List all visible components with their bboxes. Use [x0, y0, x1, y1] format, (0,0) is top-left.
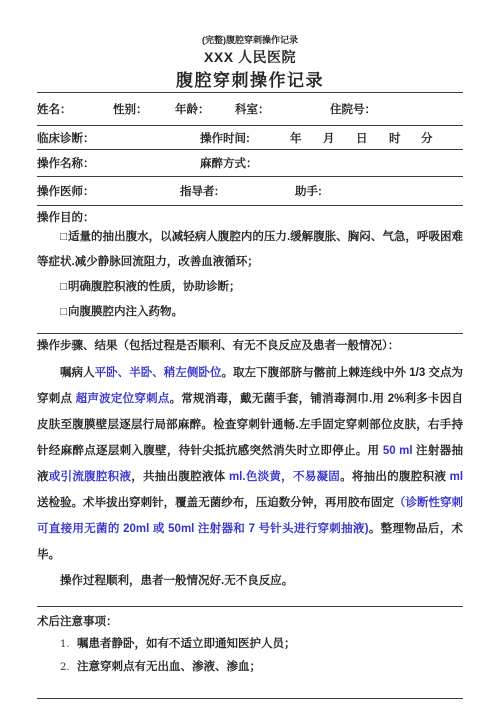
time-unit-day: 日	[356, 130, 368, 146]
info-row-diagnosis-time: 临床诊断： 操作时间: 年 月 日 时 分	[37, 126, 463, 149]
field-admission-no-label: 住院号：	[330, 101, 376, 117]
checkbox-icon: □	[60, 281, 67, 293]
purpose-item: □向腹膜腔内注入药物。	[37, 300, 463, 325]
procedure-highlight-text: ml	[450, 471, 463, 483]
aftercare-item-text: 注意穿刺点有无出血、渗液、渗血；	[77, 661, 261, 673]
aftercare-list: 1.嘱患者静卧，如有不适立即通知医护人员； 2.注意穿刺点有无出血、渗液、渗血；	[37, 633, 463, 679]
doc-kicker: (完整)腹腔穿刺操作记录	[37, 0, 463, 47]
hospital-name: XXX 人民医院	[37, 48, 463, 67]
time-unit-month: 月	[323, 130, 335, 146]
field-operator-label: 操作医师：	[37, 183, 95, 199]
doc-title: 腹腔穿刺操作记录	[37, 70, 463, 92]
procedure-highlight-text: ml.色淡黄，不易凝固	[229, 471, 340, 483]
divider-procedure-section	[37, 333, 463, 334]
procedure-text: 。将抽出的腹腔积液	[340, 471, 450, 483]
procedure-text: ，共抽出腹腔液体	[131, 471, 229, 483]
field-supervisor-label: 指导者:	[180, 183, 218, 199]
procedure-text: 送检验。术毕拔出穿刺针，覆盖无菌纱布，压迫数分钟，再用胶布固定	[37, 497, 394, 509]
procedure-paragraph: 嘱病人平卧、半卧、稍左侧卧位。取左下腹部脐与髂前上棘连线中外 1/3 交点为穿刺…	[37, 360, 463, 568]
purpose-item-text: 明确腹腔积液的性质，协助诊断；	[68, 281, 241, 293]
info-row-staff: 操作医师： 指导者: 助手:	[37, 177, 463, 205]
procedure-highlight-text: 超声波定位穿刺点	[76, 393, 170, 405]
procedure-section-heading: 操作步骤、结果（包括过程是否顺利、有无不良反应及患者一般情况）：	[37, 339, 463, 353]
procedure-text: 嘱病人	[60, 367, 95, 379]
time-unit-hour: 时	[389, 130, 401, 146]
time-unit-minute: 分	[421, 130, 433, 146]
purpose-item: □适量的抽出腹水，以减轻病人腹腔内的压力.缓解腹胀、胸闷、气急，呼吸困难等症状.…	[37, 225, 463, 275]
field-gender-label: 性别：	[113, 101, 148, 117]
field-age-label: 年龄：	[175, 101, 210, 117]
procedure-highlight-text: 平卧、半卧、稍左侧卧位	[95, 367, 222, 379]
procedure-result: 操作过程顺利，患者一般情况好.无不良反应。	[37, 568, 463, 594]
purpose-item-text: 适量的抽出腹水，以减轻病人腹腔内的压力.缓解腹胀、胸闷、气急，呼吸困难等症状.减…	[37, 231, 463, 268]
aftercare-item-number: 1.	[60, 634, 77, 656]
checkbox-icon: □	[60, 306, 67, 318]
field-department-label: 科室：	[235, 101, 270, 117]
field-operation-time-label: 操作时间:	[200, 130, 250, 146]
field-anesthesia-label: 麻醉方式：	[200, 155, 258, 171]
field-operation-name-label: 操作名称：	[37, 155, 95, 171]
field-clinical-diagnosis-label: 临床诊断：	[37, 130, 95, 146]
aftercare-item: 2.注意穿刺点有无出血、渗液、渗血；	[37, 656, 463, 679]
purpose-item: □明确腹腔积液的性质，协助诊断；	[37, 275, 463, 300]
time-unit-year: 年	[290, 130, 302, 146]
divider-page-bottom	[37, 698, 463, 699]
purpose-section-label: 操作目的：	[37, 212, 463, 225]
aftercare-item: 1.嘱患者静卧，如有不适立即通知医护人员；	[37, 633, 463, 656]
aftercare-section-label: 术后注意事项：	[37, 615, 463, 629]
purpose-item-text: 向腹膜腔内注入药物。	[68, 306, 183, 318]
aftercare-item-text: 嘱患者静卧，如有不适立即通知医护人员；	[77, 638, 296, 650]
aftercare-item-number: 2.	[60, 657, 77, 679]
procedure-highlight-text: 或引流腹腔积液	[49, 471, 131, 483]
divider-aftercare-section	[37, 606, 463, 607]
document-page: (完整)腹腔穿刺操作记录 XXX 人民医院 腹腔穿刺操作记录 姓名： 性别： 年…	[0, 0, 500, 708]
field-name-label: 姓名：	[37, 101, 72, 117]
checkbox-icon: □	[60, 231, 67, 243]
field-assistant-label: 助手:	[295, 183, 322, 199]
info-row-operation: 操作名称： 麻醉方式：	[37, 150, 463, 176]
info-row-identity: 姓名： 性别： 年龄： 科室： 住院号：	[37, 93, 463, 125]
procedure-highlight-text: 50 ml	[383, 445, 413, 457]
divider-row-staff	[37, 205, 463, 206]
